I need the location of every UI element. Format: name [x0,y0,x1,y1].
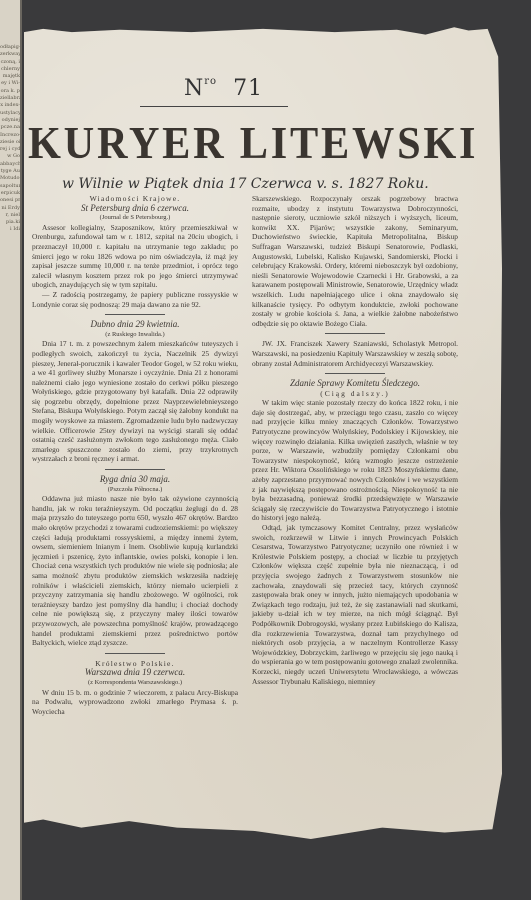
previous-page-line: pcze.na [0,124,20,131]
place-date: Ryga dnia 30 maja. [32,475,238,485]
article-paragraph: — Z radością postrzegamy, że papiery pub… [32,290,238,309]
article-paragraph: Skarszewskiego. Rozpoczynały orszak pogr… [252,194,458,328]
previous-page-line: ey i Wi- [0,80,20,87]
newspaper-title: KURYER LITEWSKI [28,116,396,169]
left-column: Wiadomości Krajowe. St Petersburg dnia 6… [32,194,238,716]
article-paragraph: W dniu 15 b. m. o godzinie 7 wieczorem, … [32,688,238,717]
source-note: (z Korrespondenta Warszawskiego.) [32,678,238,688]
previous-page-line: pia.ki [0,219,20,226]
right-column: Skarszewskiego. Rozpoczynały orszak pogr… [252,194,458,686]
issue-number-suffix: ro [204,76,217,87]
article-paragraph: JW. JX. Franciszek Xawery Szaniawski, Sc… [252,339,458,368]
source-note: (z Ruskiego Inwalida.) [32,330,238,340]
previous-page-line: chlerny [0,66,20,73]
previous-page-line: ziellabra, [0,95,20,102]
article-paragraph: Odtąd, jak tymczasowy Komitet Centralny,… [252,523,458,686]
previous-page-line: Motudo- [0,175,20,182]
section-divider [325,373,385,374]
issue-number: Nro 71 [184,76,263,101]
section-divider [105,469,165,470]
previous-page-line: r, niel [0,212,20,219]
previous-page-line: abbaych [0,161,20,168]
previous-page-line: odyniej [0,117,20,124]
previous-page-line: czoną, i [0,59,20,66]
previous-page-line: ora k. p [0,88,20,95]
section-divider [105,314,165,315]
article-paragraph: Oddawna już miasto nasze nie było tak oż… [32,494,238,648]
issue-number-prefix: N [184,76,204,101]
previous-page-line: ziesie ois [0,139,20,146]
masthead-rule [140,106,288,107]
place-date: Warszawa dnia 19 czerwca. [32,668,238,678]
newspaper-page: Nro 71 KURYER LITEWSKI w Wilnie w Piątek… [24,24,502,839]
previous-page-line: odłapig- [0,44,20,51]
article-paragraph: W takim więc stanie pozostały rzeczy do … [252,398,458,523]
previous-page-line: ustylacyj [0,110,20,117]
section-divider [105,653,165,654]
source-note: (Journal de S Petersbourg.) [32,213,238,223]
previous-page-line: erpicuk [0,190,20,197]
continued-note: (Ciąg dalszy.) [252,389,458,399]
previous-page-line: zerkway- [0,51,20,58]
place-date: Dubno dnia 29 kwietnia. [32,320,238,330]
section-divider [325,333,385,334]
previous-page-edge: odłapig-zerkway-czoną, ichlernymajętkey … [0,0,22,900]
previous-page-text: odłapig-zerkway-czoną, ichlernymajętkey … [0,44,20,234]
dateline: w Wilnie w Piątek dnia 17 Czerwca v. s. … [62,176,429,192]
previous-page-line: rej i cyd [0,146,20,153]
article-title: Zdanie Sprawy Komitetu Śledczego. [252,379,458,389]
previous-page-line: i Idi [0,226,20,233]
previous-page-line: tyge Au [0,168,20,175]
previous-page-line: ni Erdy [0,205,20,212]
place-date: St Petersburg dnia 6 czerwca. [32,204,238,214]
article-paragraph: Dnia 17 t. m. z powszechnym żalem mieszk… [32,339,238,464]
previous-page-line: Increzo- [0,132,20,139]
issue-number-value: 71 [233,76,263,101]
source-note: (Pszczoła Północna.) [32,485,238,495]
previous-page-line: onesi pm [0,197,20,204]
previous-page-line: w Go [0,153,20,160]
previous-page-line: sapoltur [0,183,20,190]
article-paragraph: Assesor kollegialny, Szaposznikow, który… [32,223,238,290]
previous-page-line: majętk [0,73,20,80]
previous-page-line: x index- [0,102,20,109]
